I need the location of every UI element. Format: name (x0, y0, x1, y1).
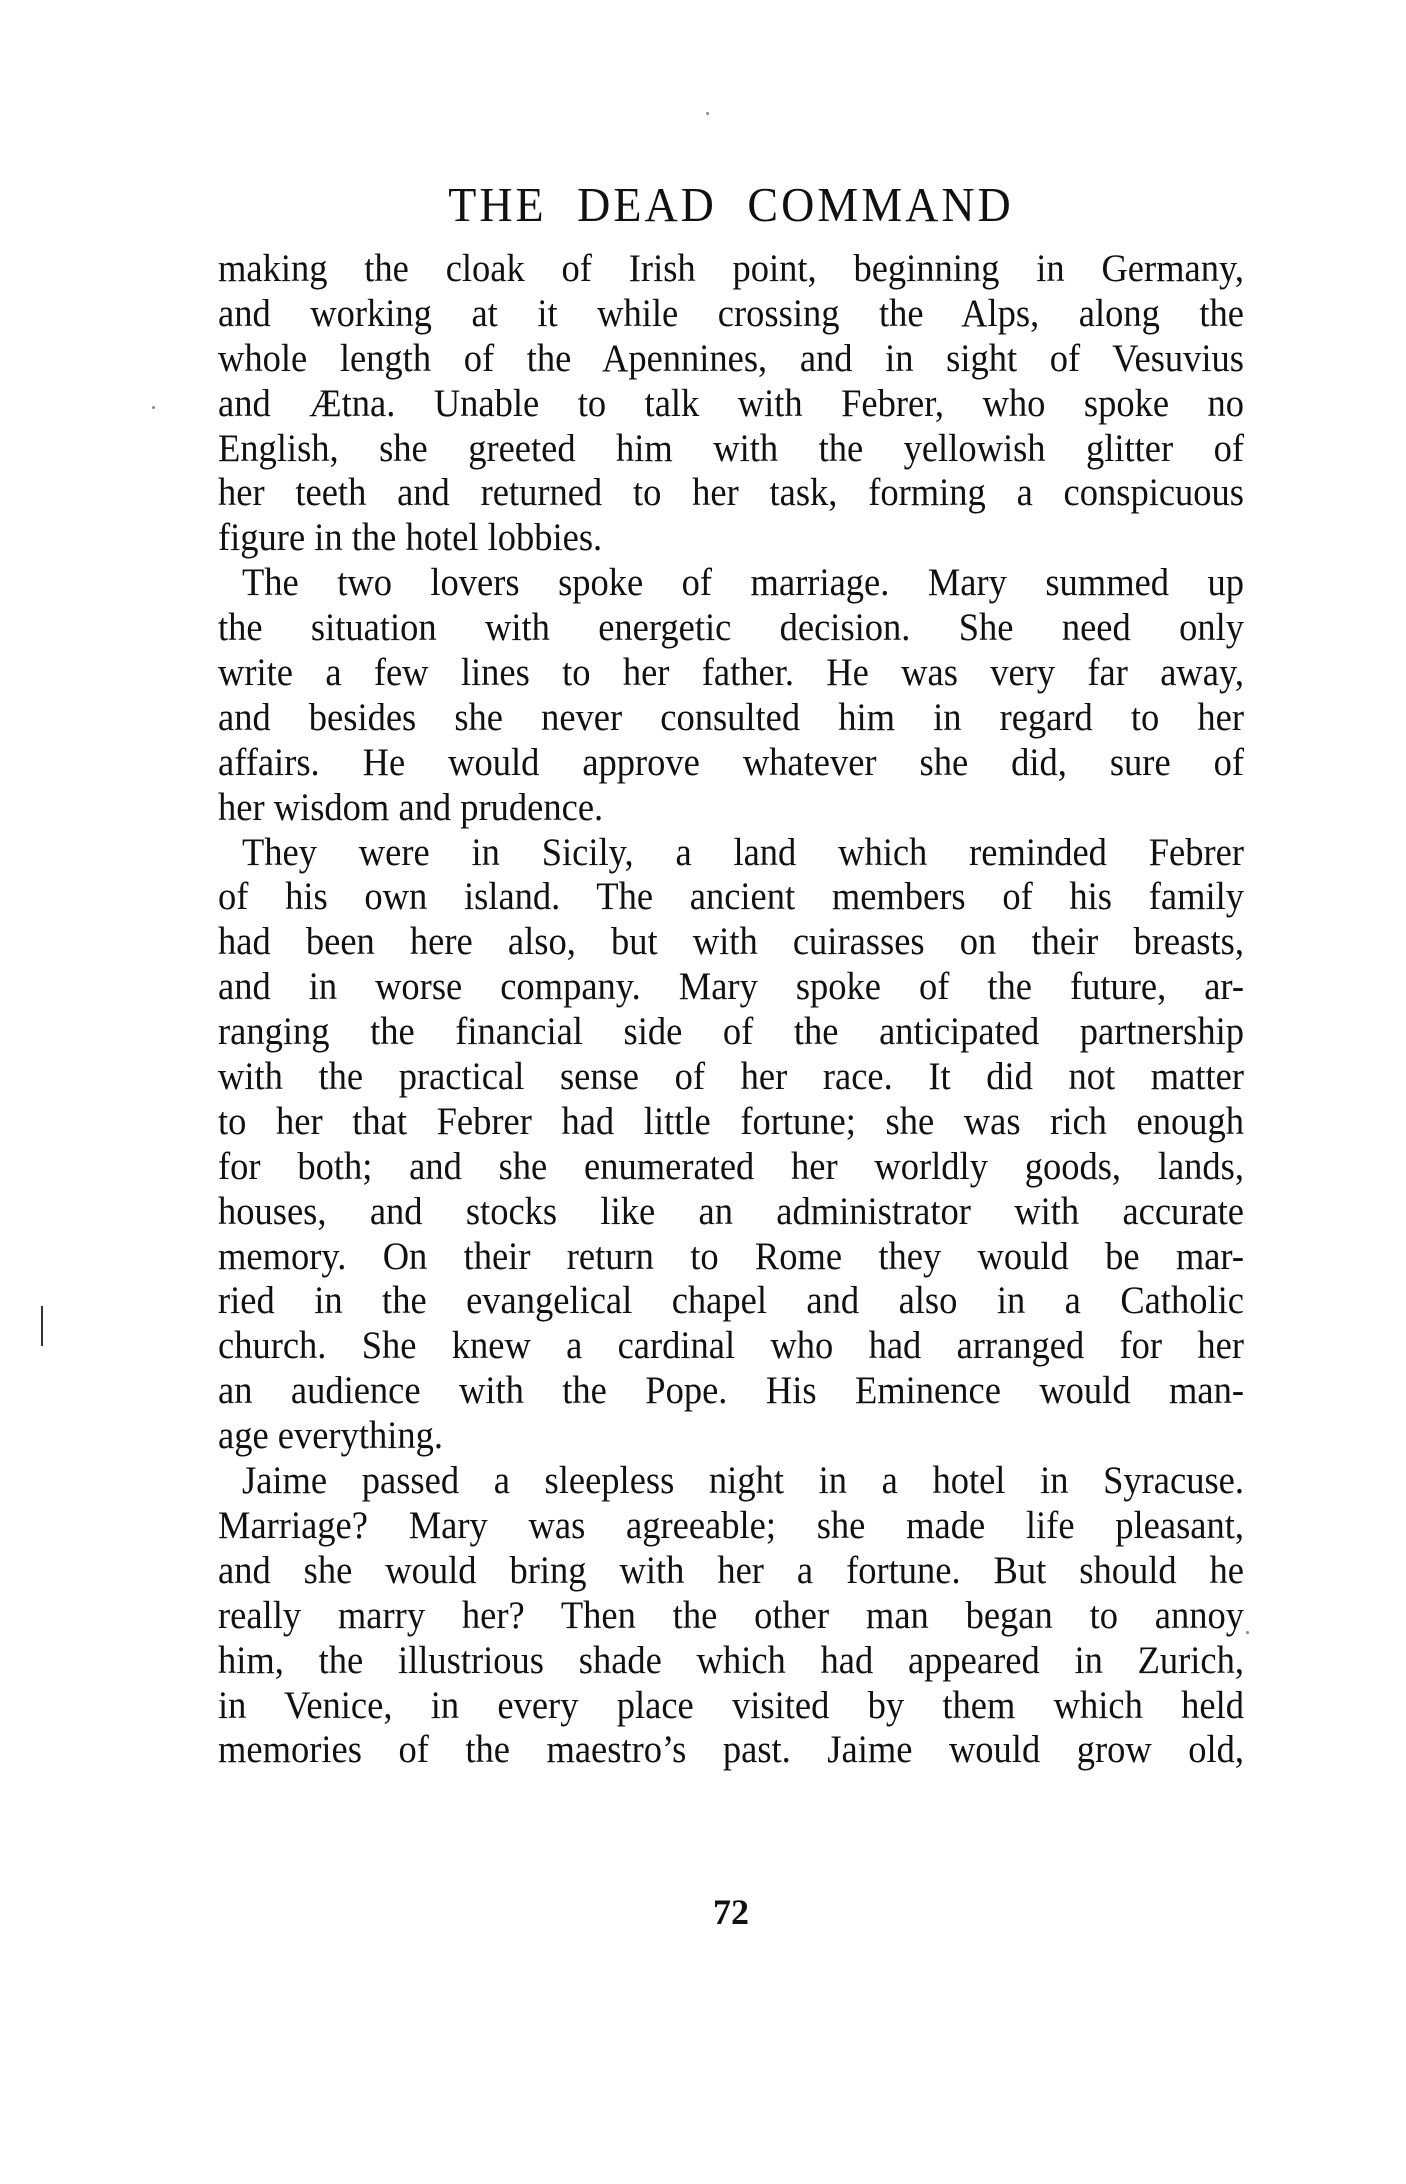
running-head: THE DEAD COMMAND (218, 179, 1244, 232)
text-line: write a few lines to her father. He was … (218, 648, 1244, 696)
text-line: had been here also, but with cuirasses o… (218, 918, 1244, 966)
text-line: her wisdom and prudence. (218, 783, 1244, 831)
body-text: making the cloak of Irish point, beginni… (218, 246, 1244, 1772)
text-line: and Ætna. Unable to talk with Febrer, wh… (218, 379, 1244, 427)
text-line: ranging the financial side of the antici… (218, 1007, 1244, 1055)
text-line: and in worse company. Mary spoke of the … (218, 962, 1244, 1010)
text-line: memories of the maestro’s past. Jaime wo… (218, 1726, 1244, 1774)
text-line: the situation with energetic decision. S… (218, 603, 1244, 651)
text-line: an audience with the Pope. His Eminence … (218, 1366, 1244, 1414)
text-line: affairs. He would approve whatever she d… (218, 738, 1244, 786)
text-line: Marriage? Mary was agreeable; she made l… (218, 1501, 1244, 1549)
text-line: for both; and she enumerated her worldly… (218, 1142, 1244, 1190)
scan-speck (152, 406, 155, 409)
text-line: and working at it while crossing the Alp… (218, 289, 1244, 337)
text-line: in Venice, in every place visited by the… (218, 1681, 1244, 1729)
scan-speck (1246, 1631, 1249, 1634)
text-line: English, she greeted him with the yellow… (218, 424, 1244, 472)
text-line: whole length of the Apennines, and in si… (218, 334, 1244, 382)
text-line: and she would bring with her a fortune. … (218, 1546, 1244, 1594)
text-line: to her that Febrer had little fortune; s… (218, 1097, 1244, 1145)
text-line: age everything. (218, 1411, 1244, 1459)
text-line: him, the illustrious shade which had app… (218, 1636, 1244, 1684)
text-line: of his own island. The ancient members o… (218, 873, 1244, 921)
text-line: making the cloak of Irish point, beginni… (218, 244, 1244, 292)
text-line: houses, and stocks like an administrator… (218, 1187, 1244, 1235)
text-line: ried in the evangelical chapel and also … (218, 1277, 1244, 1325)
page-number: 72 (218, 1890, 1244, 1934)
text-line: church. She knew a cardinal who had arra… (218, 1322, 1244, 1370)
text-line: memory. On their return to Rome they wou… (218, 1232, 1244, 1280)
scan-speck (706, 112, 709, 115)
text-line: and besides she never consulted him in r… (218, 693, 1244, 741)
text-line: her teeth and returned to her task, form… (218, 469, 1244, 517)
text-line: really marry her? Then the other man beg… (218, 1591, 1244, 1639)
paragraph-first-line: They were in Sicily, a land which remind… (218, 828, 1244, 876)
paragraph-first-line: Jaime passed a sleepless night in a hote… (218, 1456, 1244, 1504)
text-line: figure in the hotel lobbies. (218, 514, 1244, 562)
paragraph-first-line: The two lovers spoke of marriage. Mary s… (218, 558, 1244, 606)
text-line: with the practical sense of her race. It… (218, 1052, 1244, 1100)
scan-margin-mark (41, 1306, 43, 1346)
